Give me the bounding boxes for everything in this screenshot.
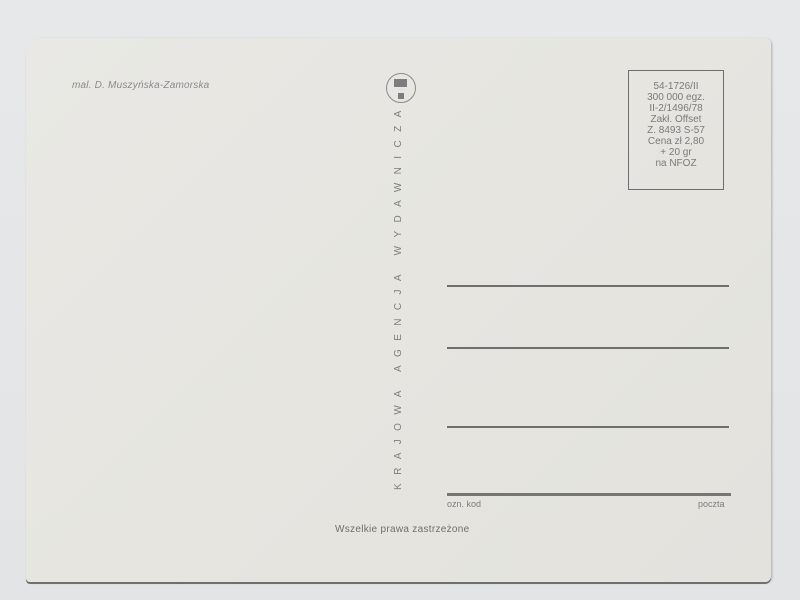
info-line: 300 000 egz. (629, 92, 723, 103)
publisher-name-vertical: KRAJOWA AGENCJA WYDAWNICZA (393, 102, 404, 490)
rights-reserved: Wszelkie prawa zastrzeżone (335, 524, 470, 535)
artist-credit: mal. D. Muszyńska-Zamorska (72, 80, 209, 91)
post-office-label: poczta (698, 499, 725, 509)
postcard-back: mal. D. Muszyńska-Zamorska ∙∙∙∙ ∙∙∙∙ KRA… (26, 38, 771, 582)
info-line: 54-1726/II (629, 81, 723, 92)
address-line-3 (447, 426, 729, 428)
publisher-logo-icon: ∙∙∙∙ ∙∙∙∙ (386, 73, 416, 103)
info-line: II-2/1496/78 (629, 103, 723, 114)
postal-code-label: ozn. kod (447, 499, 481, 509)
info-line: Zakł. Offset (629, 114, 723, 125)
info-line: na NFOZ (629, 158, 723, 169)
info-line: Z. 8493 S-57 (629, 125, 723, 136)
info-line: + 20 gr (629, 147, 723, 158)
address-line-2 (447, 347, 729, 349)
info-line: Cena zł 2,80 (629, 136, 723, 147)
address-line-postal (447, 493, 731, 496)
print-info-box: 54-1726/II 300 000 egz. II-2/1496/78 Zak… (628, 70, 724, 190)
address-line-1 (447, 285, 729, 287)
